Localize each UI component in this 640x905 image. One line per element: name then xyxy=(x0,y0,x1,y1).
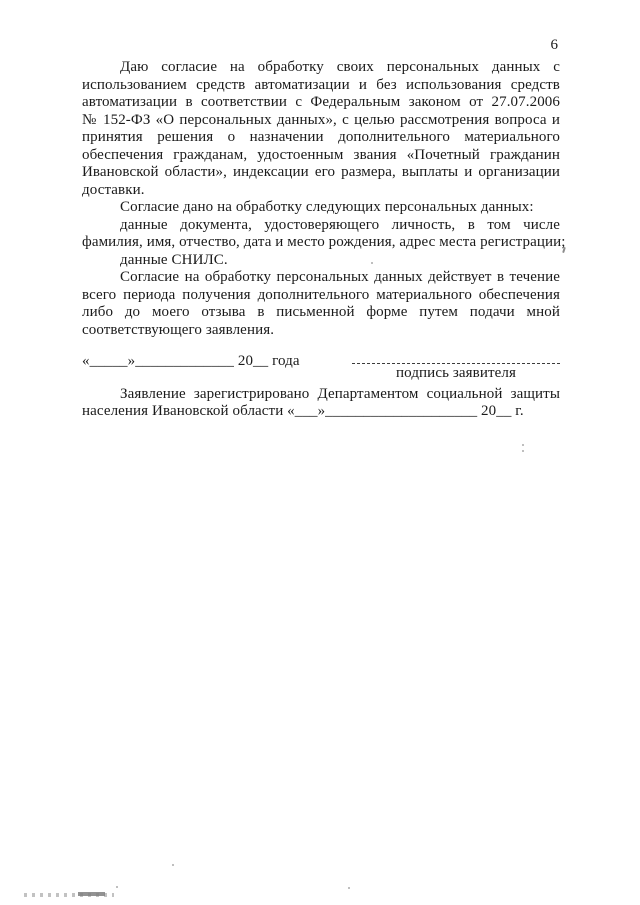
text-line: Даю согласие на обработку своих персонал… xyxy=(82,59,560,77)
text-line: № 152-ФЗ «О персональных данных», с цель… xyxy=(82,112,560,130)
scan-artifact xyxy=(116,886,118,888)
text-line: фамилия, имя, отчество, дата и место рож… xyxy=(82,234,560,252)
signature-blank-line xyxy=(352,349,560,364)
signature-block: подпись заявителя xyxy=(352,349,560,383)
paragraph-registration: Заявление зарегистрировано Департаментом… xyxy=(82,386,560,421)
text-line: Заявление зарегистрировано Департаментом… xyxy=(82,386,560,404)
text-line: использованием средств автоматизации и б… xyxy=(82,77,560,95)
text-line: обеспечения гражданам, удостоенным звани… xyxy=(82,147,560,165)
paragraph-data-item-document: данные документа, удостоверяющего личнос… xyxy=(82,217,560,252)
text-line: либо до моего отзыва в письменной форме … xyxy=(82,304,560,322)
text-line: Ивановской области», индексации его разм… xyxy=(82,164,560,182)
paragraph-data-item-snils: данные СНИЛС. xyxy=(82,252,560,270)
text-line: доставки. xyxy=(82,182,560,200)
text-line: принятия решения о назначении дополнител… xyxy=(82,129,560,147)
text-line: Согласие на обработку персональных данны… xyxy=(82,269,560,287)
text-line: всего периода получения дополнительного … xyxy=(82,287,560,305)
scan-artifact xyxy=(562,247,566,253)
signature-caption: подпись заявителя xyxy=(352,365,560,383)
text-line: соответствующего заявления. xyxy=(82,322,560,340)
page-number: 6 xyxy=(551,36,559,54)
scan-artifact xyxy=(522,450,524,452)
scan-artifact xyxy=(522,444,524,446)
text-line: автоматизации в соответствии с Федеральн… xyxy=(82,94,560,112)
document-page: 6 Даю согласие на обработку своих персон… xyxy=(0,0,640,905)
paragraph-validity: Согласие на обработку персональных данны… xyxy=(82,269,560,339)
text-line: населения Ивановской области «___»______… xyxy=(82,403,560,421)
text-line: данные документа, удостоверяющего личнос… xyxy=(82,217,560,235)
document-body: Даю согласие на обработку своих персонал… xyxy=(82,59,560,421)
scan-artifact xyxy=(348,887,350,889)
scan-artifact xyxy=(172,864,174,866)
paragraph-data-list-intro: Согласие дано на обработку следующих пер… xyxy=(82,199,560,217)
scan-artifact xyxy=(371,262,373,264)
date-signature-row: «_____»_____________ 20__ года подпись з… xyxy=(82,353,560,383)
date-blank-field: «_____»_____________ 20__ года xyxy=(82,353,300,371)
text-line: данные СНИЛС. xyxy=(82,252,560,270)
paragraph-consent: Даю согласие на обработку своих персонал… xyxy=(82,59,560,199)
scan-artifact xyxy=(78,892,105,896)
text-line: Согласие дано на обработку следующих пер… xyxy=(82,199,560,217)
